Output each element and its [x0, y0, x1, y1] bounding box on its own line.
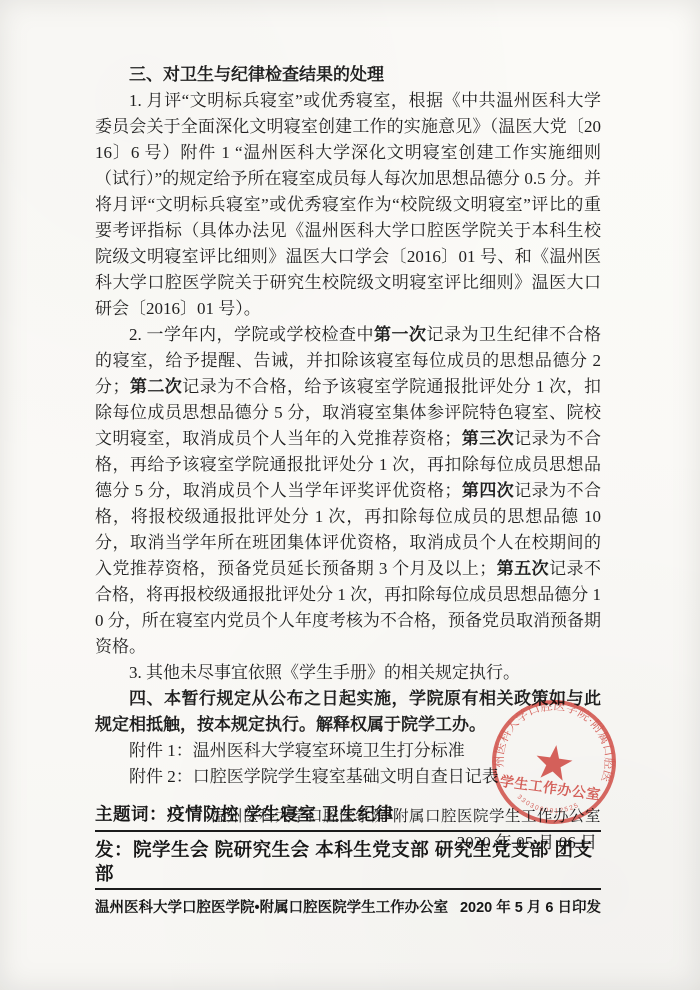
body-text: 附件 2：口腔医学院学生寝室基础文明自查日记表	[129, 767, 499, 786]
section-heading: 三、对卫生与纪律检查结果的处理	[95, 62, 601, 88]
emphasis-text: 第四次	[461, 481, 514, 500]
emphasis-text: 第二次	[129, 377, 182, 396]
para-effective-date: 四、本暂行规定从公布之日起实施，学院原有相关政策如与此规定相抵触，按本规定执行。…	[95, 686, 601, 738]
para-student-handbook: 3. 其他未尽事宜依照《学生手册》的相关规定执行。	[95, 660, 601, 686]
body-text: 2. 一学年内，学院或学校检查中	[129, 325, 374, 344]
body-text: 四、本暂行规定从公布之日起实施，学院原有相关政策如与此规定相抵触，按本规定执行。…	[95, 689, 601, 734]
para-monthly-civilized-dorm: 1. 月评“文明标兵寝室”或优秀寝室，根据《中共温州医科大学委员会关于全面深化文…	[95, 88, 601, 322]
attachment-line-2: 附件 2：口腔医学院学生寝室基础文明自查日记表	[95, 764, 601, 790]
emphasis-text: 第五次	[496, 559, 549, 578]
imprint-line: 温州医科大学口腔医学院•附属口腔医院学生工作办公室 2020 年 5 月 6 日…	[95, 890, 601, 918]
emphasis-text: 第一次	[374, 325, 427, 344]
body-text: 3. 其他未尽事宜依照《学生手册》的相关规定执行。	[129, 663, 520, 682]
body-text: 1. 月评“文明标兵寝室”或优秀寝室，根据《中共温州医科大学委员会关于全面深化文…	[95, 91, 601, 318]
distribution-line: 发：院学生会 院研究生会 本科生党支部 研究生党支部 团支部	[95, 832, 601, 890]
imprint-date: 2020 年 5 月 6 日印发	[460, 898, 601, 918]
para-violation-penalties: 2. 一学年内，学院或学校检查中第一次记录为卫生纪律不合格的寝室，给予提醒、告诫…	[95, 322, 601, 660]
attachment-line-1: 附件 1：温州医科大学寝室环境卫生打分标准	[95, 738, 601, 764]
subject-keywords-line: 主题词：疫情防控 学生寝室 卫生纪律	[95, 802, 601, 832]
imprint-office: 温州医科大学口腔医学院•附属口腔医院学生工作办公室	[95, 898, 448, 918]
document-body: 三、对卫生与纪律检查结果的处理 1. 月评“文明标兵寝室”或优秀寝室，根据《中共…	[95, 62, 601, 856]
document-page: 三、对卫生与纪律检查结果的处理 1. 月评“文明标兵寝室”或优秀寝室，根据《中共…	[0, 0, 700, 990]
emphasis-text: 第三次	[461, 429, 514, 448]
paragraphs-host: 1. 月评“文明标兵寝室”或优秀寝室，根据《中共温州医科大学委员会关于全面深化文…	[95, 88, 601, 790]
body-text: 附件 1：温州医科大学寝室环境卫生打分标准	[129, 741, 465, 760]
footer-block: 主题词：疫情防控 学生寝室 卫生纪律 发：院学生会 院研究生会 本科生党支部 研…	[95, 802, 601, 918]
